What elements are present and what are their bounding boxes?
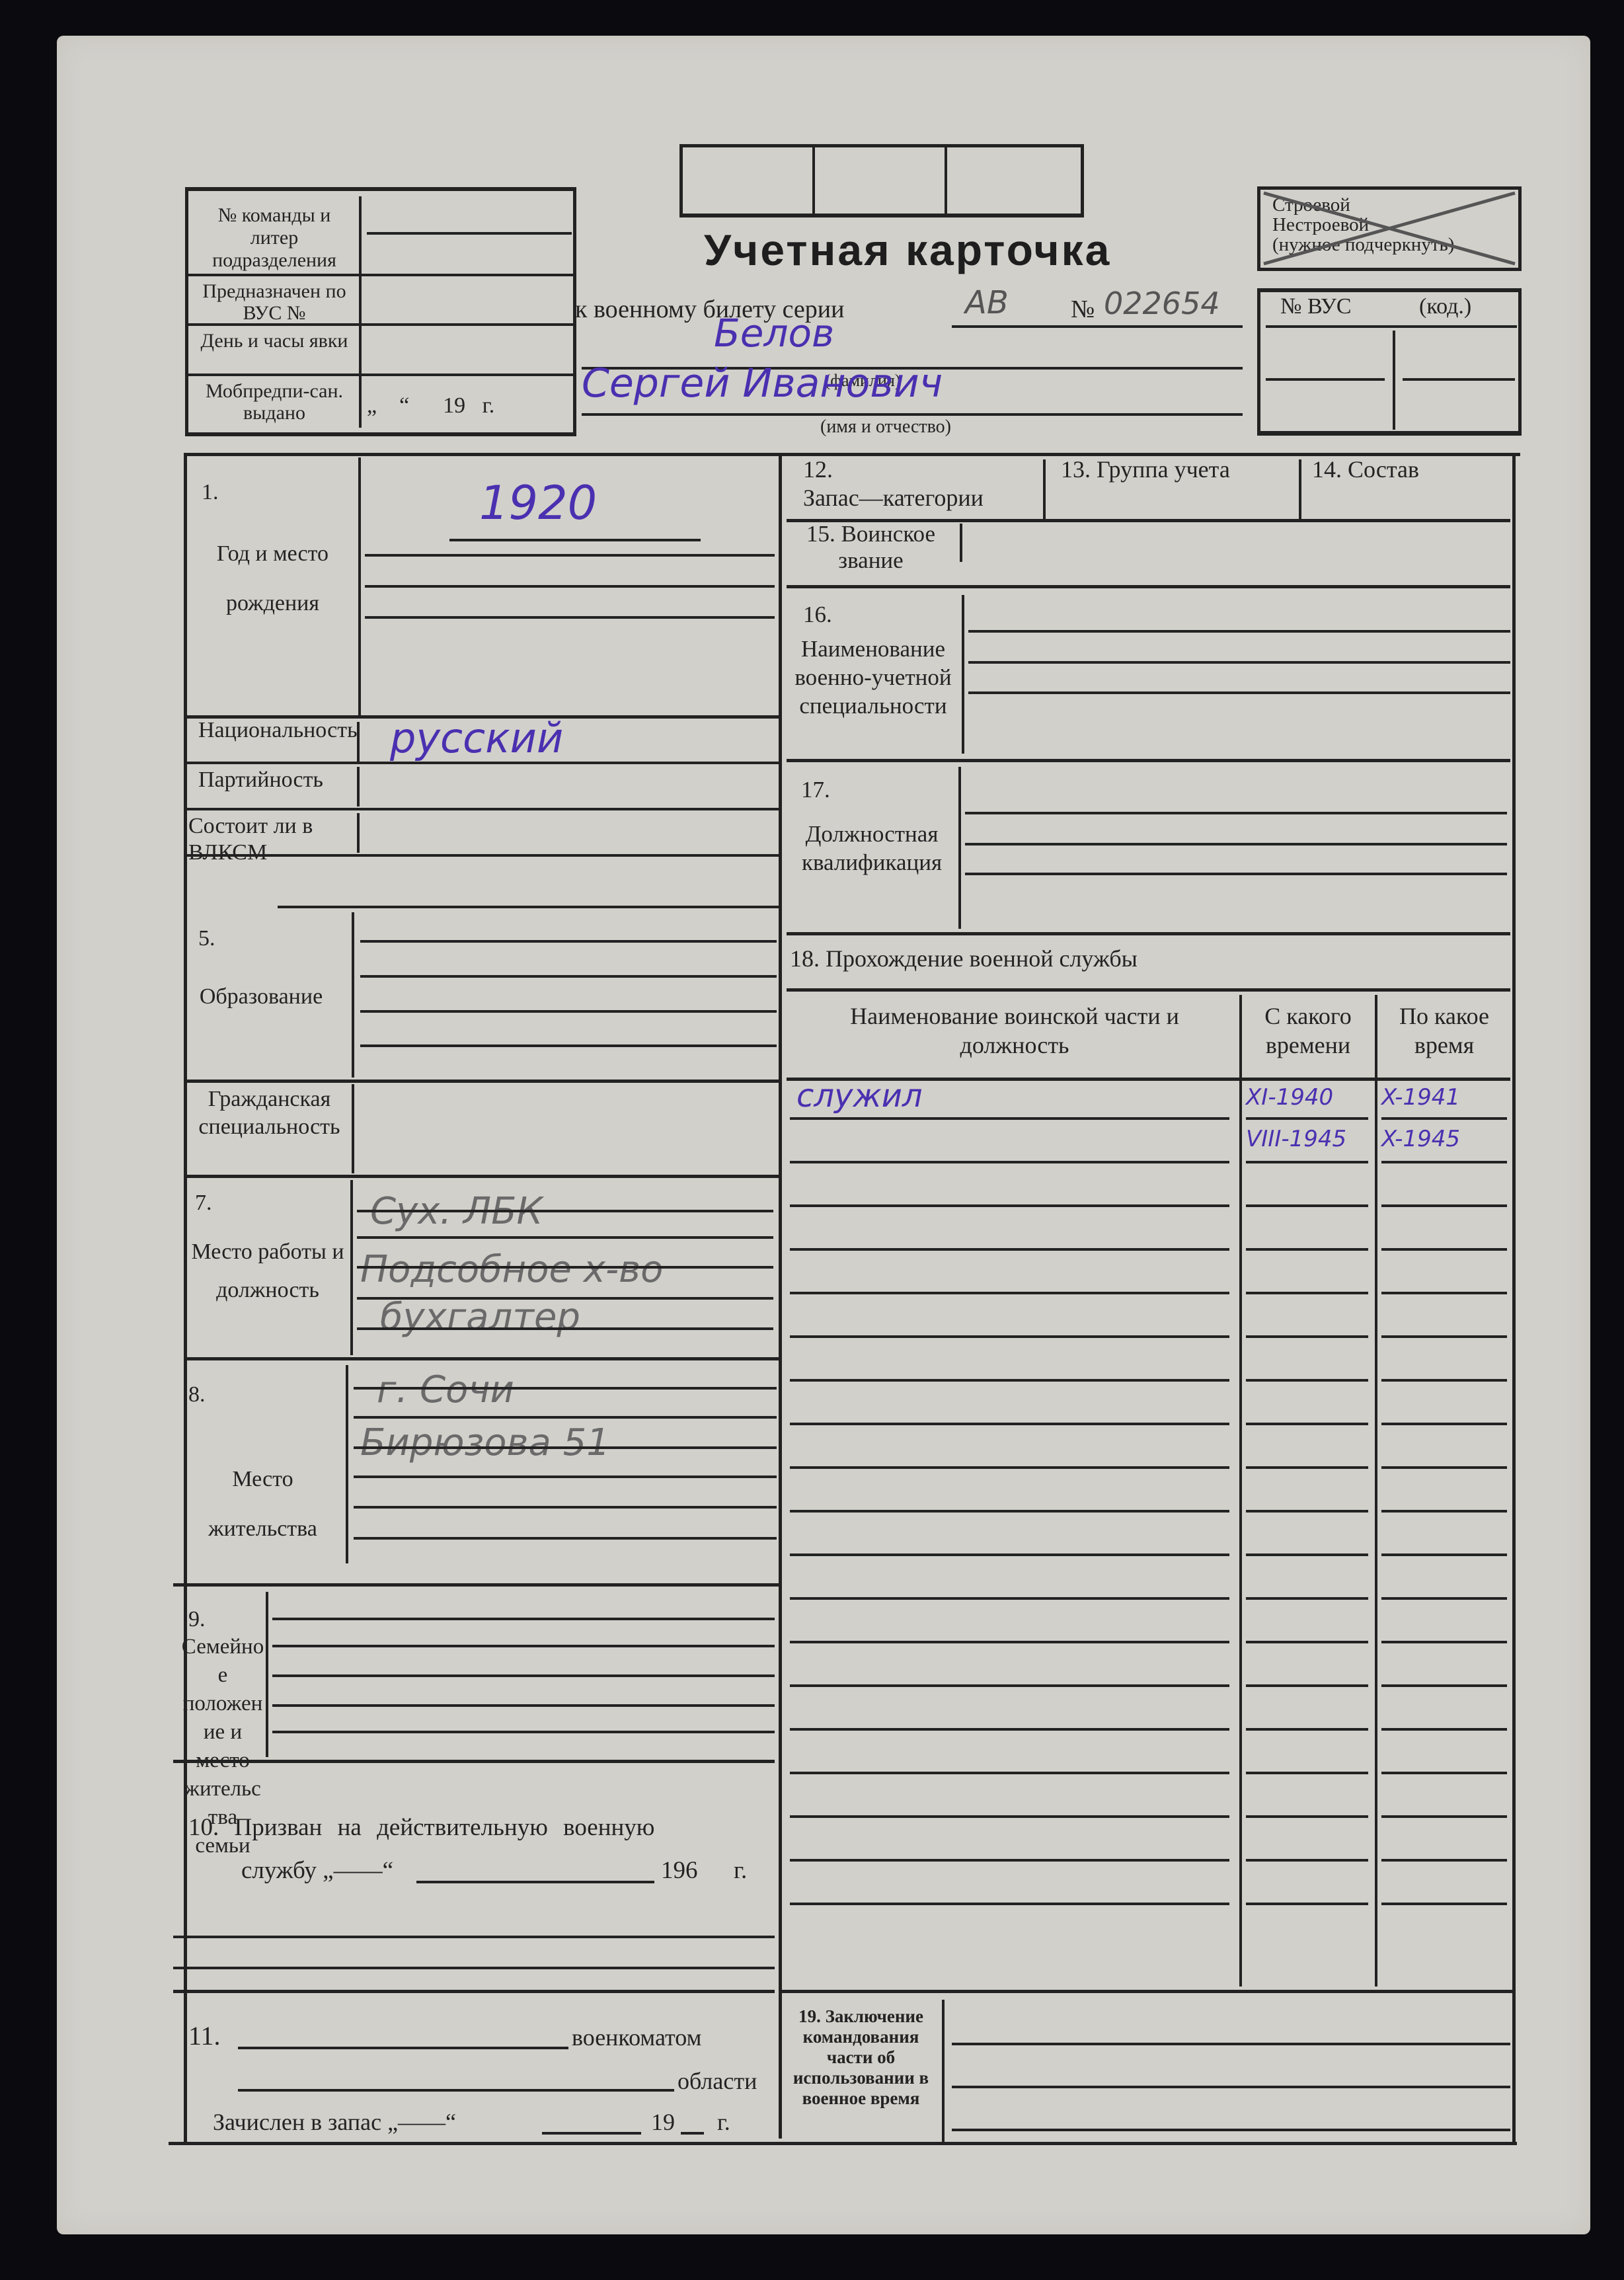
top-code-box	[679, 144, 1084, 217]
label-mob-order: Мобпредпи-сан. выдано	[192, 380, 357, 424]
service-table-rule	[1381, 1248, 1507, 1251]
service-col-to: По какое время	[1378, 1002, 1510, 1060]
name-caption: (имя и отчество)	[767, 414, 1005, 440]
service-table-rule	[1381, 1815, 1507, 1818]
field-8-num: 8.	[188, 1382, 206, 1408]
field-13-label: 13. Группа учета	[1061, 456, 1230, 483]
field-19-label: 19. Заключение командования части об исп…	[780, 2006, 942, 2109]
service-table-rule	[790, 1117, 1229, 1120]
service-col-unit: Наименование воинской части и должность	[793, 1002, 1236, 1060]
service-table-rule	[1246, 1641, 1368, 1643]
field-16-num: 16.	[803, 602, 832, 628]
field-2-label: Национальность	[198, 717, 357, 744]
service-table-rule	[1381, 1510, 1507, 1513]
service-table-rule	[1246, 1684, 1368, 1687]
enlisted-year-suffix: г.	[717, 2109, 730, 2135]
service-table-rule	[1381, 1335, 1507, 1338]
field-5-label: Образование	[198, 972, 324, 1021]
field-12-num: 12.	[803, 456, 833, 483]
residence-line-2[interactable]: Бирюзова 51	[360, 1421, 610, 1464]
service-row-2-to[interactable]: X-1945	[1381, 1126, 1460, 1152]
service-table-rule	[790, 1772, 1229, 1774]
service-table-rule	[790, 1161, 1229, 1163]
service-table-rule	[1381, 1859, 1507, 1862]
service-table-rule	[1246, 1903, 1368, 1905]
oblast-label: области	[677, 2068, 757, 2094]
field-4-label: Состоит ли в ВЛКСМ	[188, 813, 354, 866]
service-table-rule	[1381, 1379, 1507, 1382]
field-10-year-suffix: г.	[734, 1858, 747, 1884]
service-table-rule	[790, 1641, 1229, 1643]
service-table-rule	[1381, 1117, 1507, 1120]
service-row-1-unit[interactable]: служил	[796, 1078, 923, 1115]
label-day-hours: День и часы явки	[192, 330, 357, 352]
service-table-rule	[1246, 1466, 1368, 1469]
service-table-rule	[1246, 1772, 1368, 1774]
number-sign: №	[1071, 296, 1095, 323]
field-12-label: Запас—категории	[803, 485, 984, 511]
service-table-rule	[1381, 1772, 1507, 1774]
service-table-rule	[1246, 1117, 1368, 1120]
id-series[interactable]: АВ	[965, 284, 1009, 321]
service-table-rule	[790, 1379, 1229, 1382]
service-table-rule	[1246, 1204, 1368, 1207]
service-table-rule	[1381, 1204, 1507, 1207]
field-1-num: 1.	[202, 479, 219, 506]
service-table-rule	[790, 1292, 1229, 1294]
label-command-no: № команды и литер подразделения	[192, 204, 357, 272]
service-table-rule	[1381, 1466, 1507, 1469]
service-table-rule	[1246, 1815, 1368, 1818]
service-table-rule	[790, 1466, 1229, 1469]
service-row-1-from[interactable]: XI-1940	[1246, 1084, 1333, 1111]
service-table-rule	[1246, 1292, 1368, 1294]
service-table-rule	[1246, 1859, 1368, 1862]
service-table-rule	[790, 1335, 1229, 1338]
service-table-rule	[1246, 1335, 1368, 1338]
service-table-rule	[790, 1510, 1229, 1513]
field-14-label: 14. Состав	[1312, 456, 1419, 483]
label-vus-assigned: Предназначен по ВУС №	[192, 280, 357, 324]
service-table-rule	[790, 1553, 1229, 1556]
service-table-rule	[1381, 1728, 1507, 1731]
field-5-num: 5.	[198, 925, 215, 952]
service-table-rule	[790, 1903, 1229, 1905]
service-table-rule	[1246, 1510, 1368, 1513]
nationality-value[interactable]: русский	[390, 714, 563, 762]
service-table-rule	[790, 1597, 1229, 1600]
vus-code-box: № ВУС (код.)	[1257, 288, 1522, 436]
field-10-year: 196	[661, 1858, 698, 1884]
birth-year-value[interactable]: 1920	[479, 476, 597, 530]
field-10-service-date[interactable]: службу „——“	[241, 1858, 393, 1884]
service-table-rule	[1381, 1292, 1507, 1294]
service-table-rule	[1246, 1553, 1368, 1556]
service-table-rule	[1381, 1641, 1507, 1643]
service-table-rule	[790, 1248, 1229, 1251]
service-table-rule	[1381, 1684, 1507, 1687]
field-16-label: Наименование военно-учетной специальност…	[787, 635, 960, 720]
vus-code-label: (код.)	[1419, 294, 1471, 320]
field-18-label: 18. Прохождение военной службы	[790, 945, 1138, 972]
field-10-label: 10. Призван на действительную военную	[188, 1815, 654, 1841]
field-17-label: Должностная квалификация	[787, 820, 957, 877]
service-table-rule	[790, 1728, 1229, 1731]
field-11-num: 11.	[188, 2023, 221, 2049]
id-number[interactable]: 022654	[1104, 286, 1220, 321]
surname-value[interactable]: Белов	[714, 311, 834, 356]
residence-line-1[interactable]: г. Сочи	[377, 1368, 514, 1411]
service-table-rule	[790, 1423, 1229, 1425]
name-patronymic-value[interactable]: Сергей Иванович	[582, 360, 943, 407]
workplace-line-2[interactable]: Подсобное х-во	[360, 1248, 663, 1291]
enlisted-year: 19	[651, 2109, 675, 2135]
field-8-label: Место жительства	[182, 1454, 344, 1553]
service-col-from: С какого времени	[1243, 1002, 1373, 1060]
service-table-rule	[1381, 1903, 1507, 1905]
service-table-rule	[790, 1204, 1229, 1207]
mob-order-date[interactable]: „ “ 19 г.	[367, 393, 572, 419]
workplace-line-3[interactable]: бухгалтер	[380, 1296, 580, 1339]
service-table-rule	[1246, 1423, 1368, 1425]
field-6-label: Гражданская специальность	[188, 1085, 350, 1141]
cross-out-mark	[1260, 190, 1518, 268]
service-table-rule	[1381, 1423, 1507, 1425]
field-17-num: 17.	[801, 777, 830, 803]
service-table-rule	[1246, 1728, 1368, 1731]
voenkomat-label: военкоматом	[572, 2024, 701, 2051]
service-row-1-to[interactable]: X-1941	[1381, 1084, 1460, 1111]
service-table-rule	[1246, 1161, 1368, 1163]
field-7-label: Место работы и должность	[188, 1233, 347, 1310]
field-15-label: 15. Воинское звание	[783, 521, 958, 574]
service-row-2-from[interactable]: VIII-1945	[1246, 1126, 1346, 1152]
vus-label: № ВУС	[1280, 294, 1352, 320]
service-table-rule	[790, 1684, 1229, 1687]
status-box: Строевой Нестроевой (нужное подчеркнуть)	[1257, 186, 1522, 271]
field-3-label: Партийность	[198, 767, 350, 793]
field-1-label: Год и место рождения	[192, 529, 354, 628]
service-table-rule	[1246, 1379, 1368, 1382]
service-table-rule	[1381, 1161, 1507, 1163]
service-table-rule	[1246, 1248, 1368, 1251]
enlisted-reserve-label[interactable]: Зачислен в запас „——“	[213, 2109, 456, 2135]
page-title: Учетная карточка	[704, 225, 1111, 275]
service-table-rule	[1381, 1553, 1507, 1556]
service-table-rule	[790, 1859, 1229, 1862]
field-9-num: 9.	[188, 1606, 206, 1633]
field-7-num: 7.	[195, 1190, 212, 1216]
top-left-box: № команды и литер подразделения Предназн…	[185, 187, 576, 436]
service-table-rule	[790, 1815, 1229, 1818]
service-table-rule	[1381, 1597, 1507, 1600]
service-table-rule	[1246, 1597, 1368, 1600]
